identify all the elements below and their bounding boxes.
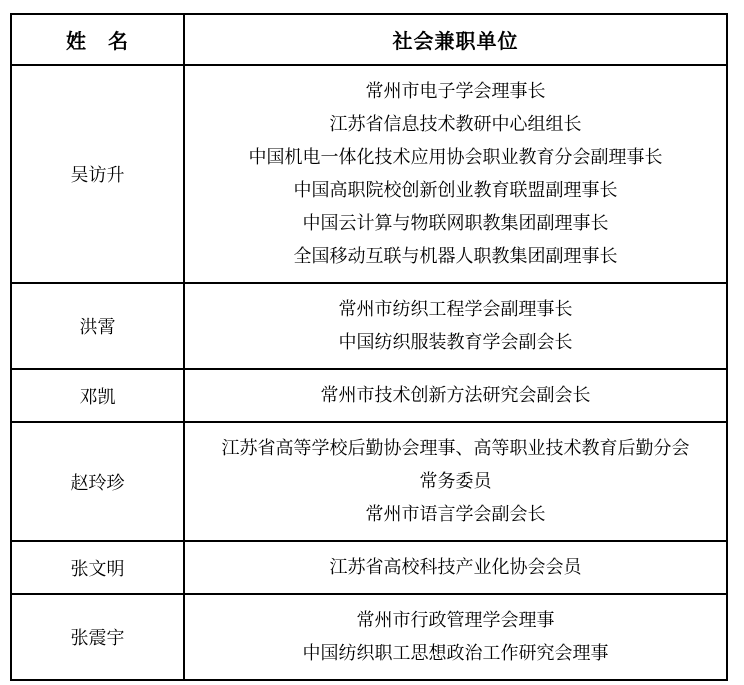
table-row: 张震宇常州市行政管理学会理事中国纺织职工思想政治工作研究会理事 [11, 594, 727, 680]
name-cell: 吴访升 [11, 65, 184, 283]
table-row: 洪霄常州市纺织工程学会副理事长中国纺织服装教育学会副会长 [11, 283, 727, 369]
page-root: 姓 名 社会兼职单位 吴访升常州市电子学会理事长江苏省信息技术教研中心组组长中国… [0, 0, 744, 685]
positions-cell: 江苏省高等学校后勤协会理事、高等职业技术教育后勤分会常务委员常州市语言学会副会长 [184, 422, 727, 541]
positions-cell: 常州市行政管理学会理事中国纺织职工思想政治工作研究会理事 [184, 594, 727, 680]
position-line: 江苏省高校科技产业化协会会员 [193, 551, 718, 584]
position-line: 江苏省高等学校后勤协会理事、高等职业技术教育后勤分会 [193, 432, 718, 465]
positions-cell: 常州市技术创新方法研究会副会长 [184, 369, 727, 422]
position-line: 常州市电子学会理事长 [193, 75, 718, 108]
position-line: 常州市纺织工程学会副理事长 [193, 293, 718, 326]
name-cell: 赵玲珍 [11, 422, 184, 541]
positions-cell: 江苏省高校科技产业化协会会员 [184, 541, 727, 594]
position-line: 常州市语言学会副会长 [193, 498, 718, 531]
position-line: 常务委员 [193, 465, 718, 498]
position-line: 中国机电一体化技术应用协会职业教育分会副理事长 [193, 141, 718, 174]
position-line: 全国移动互联与机器人职教集团副理事长 [193, 240, 718, 273]
table-row: 邓凯常州市技术创新方法研究会副会长 [11, 369, 727, 422]
position-line: 中国高职院校创新创业教育联盟副理事长 [193, 174, 718, 207]
table-row: 赵玲珍江苏省高等学校后勤协会理事、高等职业技术教育后勤分会常务委员常州市语言学会… [11, 422, 727, 541]
table-row: 吴访升常州市电子学会理事长江苏省信息技术教研中心组组长中国机电一体化技术应用协会… [11, 65, 727, 283]
header-name-cell: 姓 名 [11, 14, 184, 65]
position-line: 江苏省信息技术教研中心组组长 [193, 108, 718, 141]
table-row: 张文明江苏省高校科技产业化协会会员 [11, 541, 727, 594]
name-cell: 张震宇 [11, 594, 184, 680]
positions-table: 姓 名 社会兼职单位 吴访升常州市电子学会理事长江苏省信息技术教研中心组组长中国… [10, 13, 728, 681]
name-cell: 邓凯 [11, 369, 184, 422]
name-cell: 张文明 [11, 541, 184, 594]
name-cell: 洪霄 [11, 283, 184, 369]
position-line: 常州市行政管理学会理事 [193, 604, 718, 637]
position-line: 中国云计算与物联网职教集团副理事长 [193, 207, 718, 240]
table-header-row: 姓 名 社会兼职单位 [11, 14, 727, 65]
positions-table-body: 吴访升常州市电子学会理事长江苏省信息技术教研中心组组长中国机电一体化技术应用协会… [11, 65, 727, 680]
position-line: 中国纺织服装教育学会副会长 [193, 326, 718, 359]
position-line: 中国纺织职工思想政治工作研究会理事 [193, 637, 718, 670]
header-positions-cell: 社会兼职单位 [184, 14, 727, 65]
position-line: 常州市技术创新方法研究会副会长 [193, 379, 718, 412]
positions-cell: 常州市纺织工程学会副理事长中国纺织服装教育学会副会长 [184, 283, 727, 369]
positions-cell: 常州市电子学会理事长江苏省信息技术教研中心组组长中国机电一体化技术应用协会职业教… [184, 65, 727, 283]
